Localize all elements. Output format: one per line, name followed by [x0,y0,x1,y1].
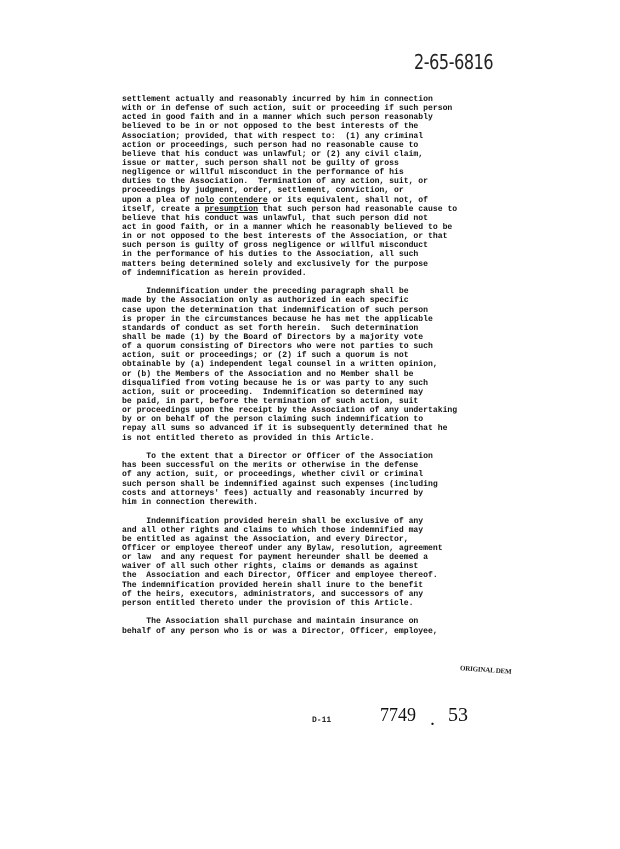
text-line: Officer or employee thereof under any By… [122,544,542,553]
text-line: the Association and each Director, Offic… [122,571,542,580]
text-line: be entitled as against the Association, … [122,535,542,544]
document-body: settlement actually and reasonably incur… [122,95,542,636]
page-id: D-11 [312,716,331,725]
text-line: To the extent that a Director or Officer… [122,452,542,461]
paragraph-gap [122,608,542,618]
underlined-term: contendere [219,196,268,205]
text-line: has been successful on the merits or oth… [122,461,542,470]
paragraph-gap [122,507,542,517]
text-line: of any action, suit, or proceedings, whe… [122,470,542,479]
text-line: negligence or willful misconduct in the … [122,168,542,177]
text-line: act in good faith, or in a manner which … [122,223,542,232]
underlined-term: nolo [195,196,214,205]
text-line: in the performance of his duties to the … [122,250,542,259]
document-number: 2-65-6816 [414,50,493,74]
text-line: such person shall be indemnified against… [122,480,542,489]
text-line: person entitled thereto under the provis… [122,599,542,608]
text-line: and all other rights and claims to which… [122,526,542,535]
text-line: itself, create a presumption that such p… [122,205,542,214]
text-line: be paid, in part, before the termination… [122,397,542,406]
text-line: issue or matter, such person shall not b… [122,159,542,168]
text-line: of a quorum consisting of Directors who … [122,342,542,351]
text-line: believe that his conduct was unlawful, t… [122,214,542,223]
original-stamp: ORIGINAL DEM [460,664,512,676]
paragraph-gap [122,443,542,453]
text-line: in or not opposed to the best interests … [122,232,542,241]
text-line: Indemnification under the preceding para… [122,287,542,296]
text-line: case upon the determination that indemni… [122,306,542,315]
book-page-separator: . [430,708,435,731]
text-line: action, suit or proceedings; or (2) if s… [122,351,542,360]
text-line: The Association shall purchase and maint… [122,617,542,626]
underlined-term: presumption [205,205,258,214]
text-line: him in connection therewith. [122,498,542,507]
text-line: Association; provided, that with respect… [122,132,542,141]
text-line: waiver of all such other rights, claims … [122,562,542,571]
text-line: or proceedings upon the receipt by the A… [122,406,542,415]
text-line: with or in defense of such action, suit … [122,104,542,113]
document-page: 2-65-6816 settlement actually and reason… [0,0,620,849]
text-line: believed to be in or not opposed to the … [122,122,542,131]
text-line: The indemnification provided herein shal… [122,581,542,590]
text-line: costs and attorneys' fees) actually and … [122,489,542,498]
text-line: matters being determined solely and excl… [122,260,542,269]
text-line: action or proceedings, such person had n… [122,141,542,150]
text-line: or law and any request for payment hereu… [122,553,542,562]
text-line: duties to the Association. Termination o… [122,177,542,186]
text-line: behalf of any person who is or was a Dir… [122,627,542,636]
text-line: Indemnification provided herein shall be… [122,517,542,526]
text-line: of the heirs, executors, administrators,… [122,590,542,599]
text-line: such person is guilty of gross negligenc… [122,241,542,250]
text-line: shall be made (1) by the Board of Direct… [122,333,542,342]
text-line: upon a plea of nolo contendere or its eq… [122,196,542,205]
text-line: standards of conduct as set forth herein… [122,324,542,333]
text-line: action, suit or proceeding. Indemnificat… [122,388,542,397]
text-line: proceedings by judgment, order, settleme… [122,186,542,195]
text-line: or (b) the Members of the Association an… [122,370,542,379]
text-line: acted in good faith and in a manner whic… [122,113,542,122]
book-number: 7749 [380,704,416,727]
paragraph-gap [122,278,542,288]
text-line: believe that his conduct was unlawful; o… [122,150,542,159]
text-line: of indemnification as herein provided. [122,269,542,278]
text-line: repay all sums so advanced if it is subs… [122,424,542,433]
text-line: by or on behalf of the person claiming s… [122,415,542,424]
text-line: disqualified from voting because he is o… [122,379,542,388]
text-line: obtainable by (a) independent legal coun… [122,360,542,369]
text-line: made by the Association only as authoriz… [122,296,542,305]
text-line: is proper in the circumstances because h… [122,315,542,324]
text-line: settlement actually and reasonably incur… [122,95,542,104]
page-number: 53 [448,704,468,727]
text-line: is not entitled thereto as provided in t… [122,434,542,443]
